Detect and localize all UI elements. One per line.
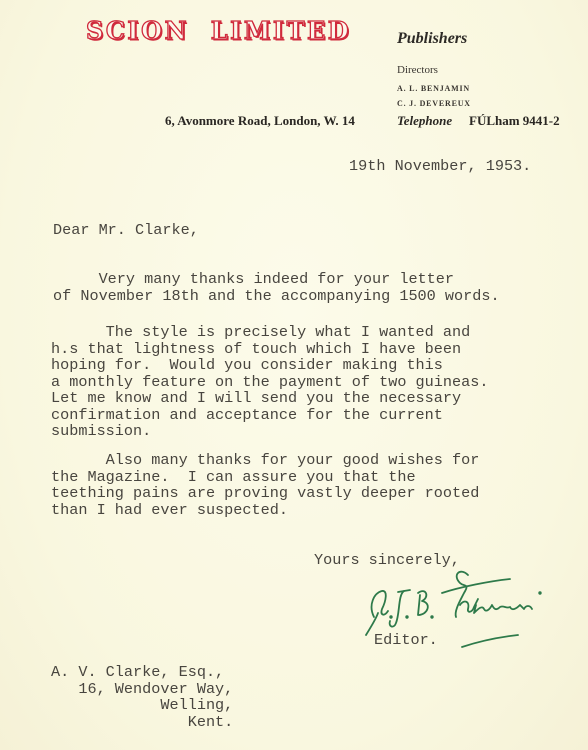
telephone-number: FÚLham 9441-2: [469, 113, 560, 129]
body-paragraph: The style is precisely what I wanted and…: [51, 324, 488, 440]
body-paragraph: Very many thanks indeed for your letter …: [53, 271, 500, 304]
salutation: Dear Mr. Clarke,: [53, 222, 199, 239]
signer-title: Editor.: [374, 632, 438, 649]
recipient-address: A. V. Clarke, Esq., 16, Wendover Way, We…: [51, 664, 233, 730]
directors-label: Directors: [397, 64, 438, 76]
company-address: 6, Avonmore Road, London, W. 14: [165, 113, 355, 129]
director-name: A. L. BENJAMIN: [397, 84, 470, 93]
company-tagline: Publishers: [397, 30, 467, 48]
body-paragraph: Also many thanks for your good wishes fo…: [51, 452, 479, 518]
director-name: C. J. DEVEREUX: [397, 99, 471, 108]
letter-date: 19th November, 1953.: [349, 158, 531, 175]
telephone-label: Telephone: [397, 113, 452, 129]
company-logo: SCION LIMITED: [86, 16, 351, 45]
letter-page: SCION LIMITED Publishers Directors A. L.…: [0, 0, 588, 750]
